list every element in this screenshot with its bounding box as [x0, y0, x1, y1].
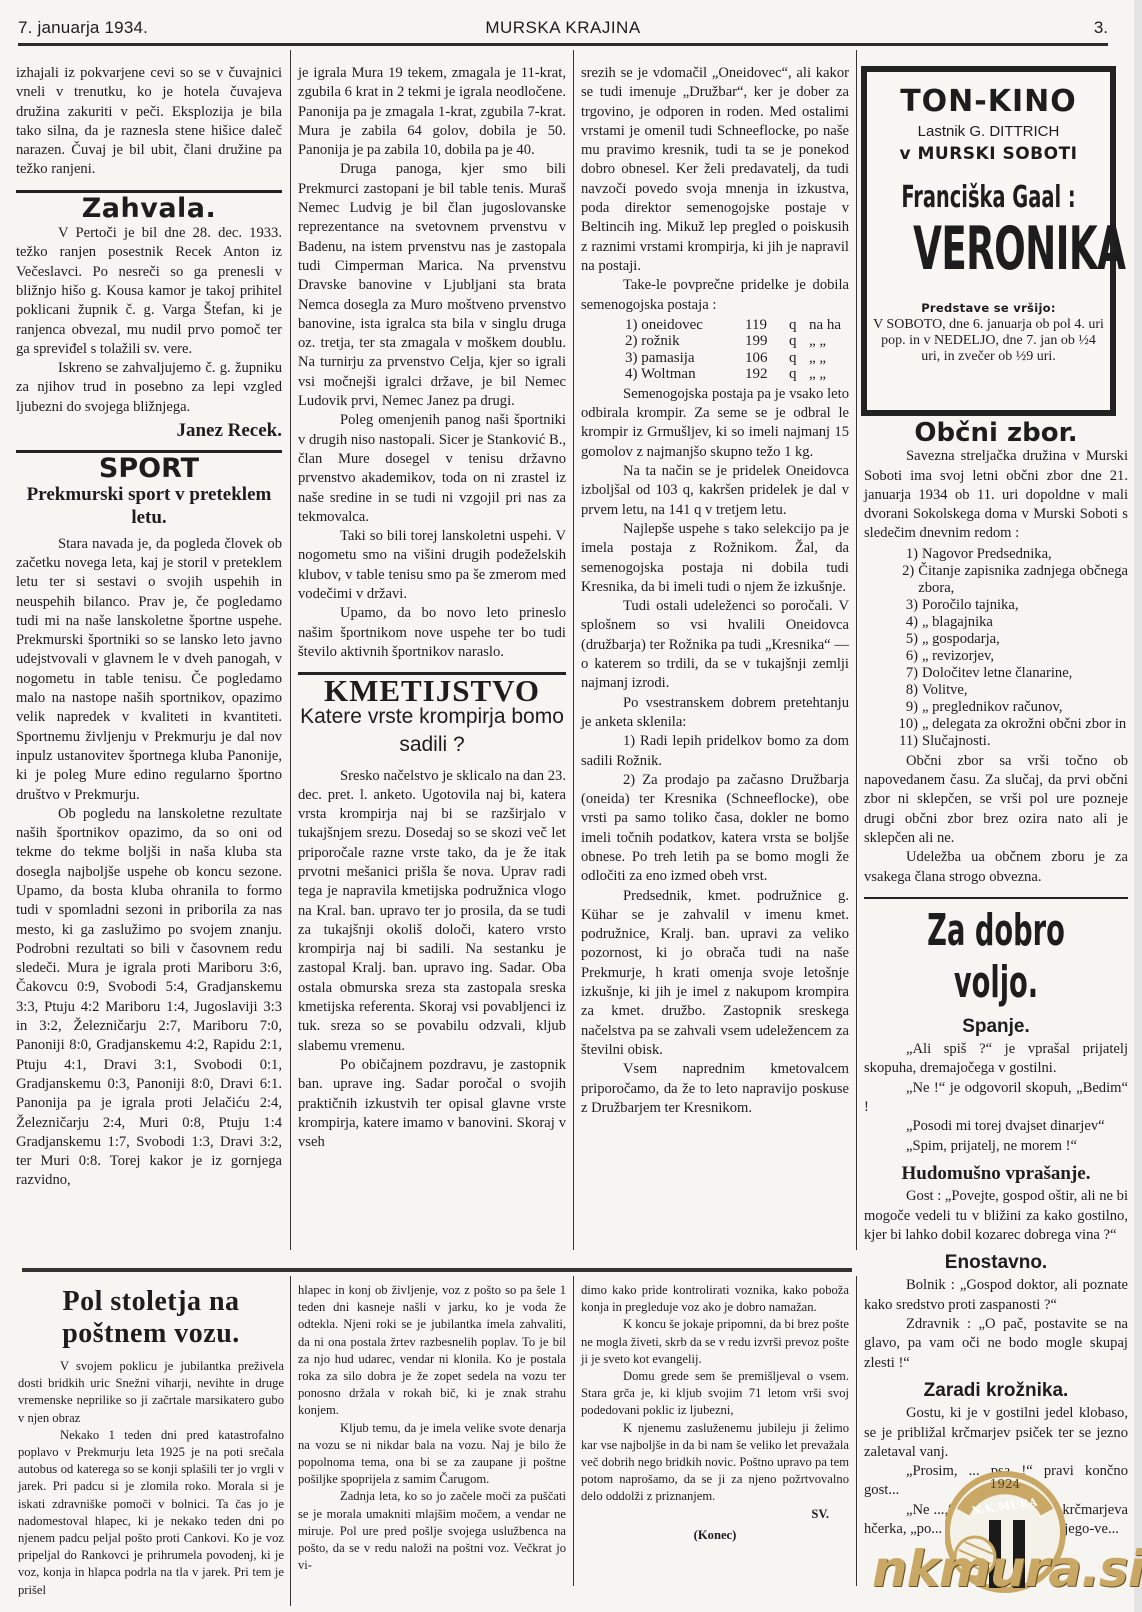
masthead: 7. januarja 1934. MURSKA KRAJINA 3. — [18, 14, 1108, 40]
ad-title: TON-KINO — [867, 84, 1110, 119]
sport-paragraph: Taki so bili torej lanskoletni uspehi. V… — [298, 527, 566, 604]
article-end-marker: (Konec) — [581, 1527, 849, 1544]
yield-row: 4) Woltman 192 q „ „ — [625, 366, 849, 383]
agenda-item: 2)Čitanje zapisnika zadnjega občnega zbo… — [894, 563, 1128, 597]
ad-location: v MURSKI SOBOTI — [867, 144, 1110, 164]
kmetijstvo-paragraph: Predsednik, kmet. podružnice g. Kühar se… — [581, 887, 849, 1061]
pol-stoletja-paragraph: hlapec in konj ob življenje, voz z pošto… — [298, 1282, 566, 1420]
agenda-item: 4)„ blagajnika — [894, 614, 1128, 631]
column-divider — [290, 1276, 291, 1606]
column-divider — [856, 1276, 857, 1586]
yield-row: 3) pamasija 106 q „ „ — [625, 350, 849, 367]
ad-star: Franciška Gaal : — [901, 180, 1076, 215]
kmetijstvo-section-heading: KMETIJSTVO — [298, 681, 566, 700]
joke-line: „Ali spiš ?“ je vprašal prijatelj skopuh… — [864, 1040, 1128, 1079]
zahvala-paragraph: Iskreno se zahvaljujemo č. g. župniku za… — [16, 359, 282, 417]
pol-stoletja-headline: Pol stoletja na poštnem vozu. — [18, 1286, 284, 1350]
column-divider — [573, 50, 574, 1250]
sport-section-heading: SPORT — [16, 459, 282, 478]
joke-line: Gostu, ki je v gostilni jedel klobaso, s… — [864, 1404, 1128, 1462]
newspaper-title: MURSKA KRAJINA — [18, 18, 1108, 38]
agenda-item: 6)„ revizorjev, — [894, 648, 1128, 665]
joke-title: Spanje. — [864, 1017, 1128, 1036]
cinema-advertisement: TON-KINO Lastnik G. DITTRICH v MURSKI SO… — [861, 66, 1116, 416]
yield-row: 1) oneidovec 119 q na ha — [625, 317, 849, 334]
kmetijstvo-paragraph: Na ta način se je pridelek Oneidovca izb… — [581, 462, 849, 520]
ad-shows-label: Predstave se vršijo: — [867, 301, 1110, 315]
sport-paragraph: Upamo, da bo novo leto prineslo našim šp… — [298, 604, 566, 662]
article-continuation: izhajali iz pokvarjene cevi so se v čuva… — [16, 64, 282, 180]
sport-paragraph: Stara navada je, da pogleda človek ob za… — [16, 535, 282, 805]
ad-shows-text: V SOBOTO, dne 6. januarja ob pol 4. uri … — [867, 317, 1110, 365]
column-divider — [856, 50, 857, 1250]
kmetijstvo-paragraph: Po vsestranskem dobrem pretehtanju je an… — [581, 694, 849, 733]
kmetijstvo-paragraph: Take-le povprečne pridelke je dobila sem… — [581, 276, 849, 315]
obcni-zbor-heading: Občni zbor. — [864, 424, 1128, 443]
joke-line: „Spim, prijatelj, ne morem !“ — [864, 1137, 1128, 1156]
kmetijstvo-paragraph: Vsem naprednim kmetovalcem priporočamo, … — [581, 1060, 849, 1118]
agenda-item: 10)„ delegata za okrožni občni zbor in — [894, 716, 1128, 733]
sport-paragraph: Ob pogledu na lanskoletne rezultate naši… — [16, 805, 282, 1191]
agenda-item: 11)Slučajnosti. — [894, 733, 1128, 750]
joke-title: Hudomušno vprašanje. — [864, 1164, 1128, 1183]
column-1: izhajali iz pokvarjene cevi so se v čuva… — [16, 64, 282, 1191]
pol-stoletja-paragraph: K koncu še jokaje pripomni, da bi brez p… — [581, 1316, 849, 1368]
obcni-zbor-intro: Savezna streljačka družina v Murski Sobo… — [864, 447, 1128, 543]
pol-stoletja-paragraph: V svojem poklicu je jubilantka preživela… — [18, 1358, 284, 1427]
agenda-item: 8)Volitve, — [894, 682, 1128, 699]
agenda-item: 3)Poročilo tajnika, — [894, 597, 1128, 614]
sport-paragraph: je igrala Mura 19 tekem, zmagala je 11-k… — [298, 64, 566, 160]
ad-owner: Lastnik G. DITTRICH — [867, 123, 1110, 140]
kmetijstvo-headline: Katere vrste krompirja bomo sadili ? — [298, 703, 566, 759]
pol-stoletja-paragraph: Domu grede sem še premišljeval o vsem. S… — [581, 1368, 849, 1420]
column-divider — [573, 1276, 574, 1586]
kmetijstvo-paragraph: 2) Za prodajo pa začasno Družbarja (onei… — [581, 771, 849, 887]
obcni-zbor-paragraph: Udeležba ua občnem zboru je za vsakega č… — [864, 848, 1128, 887]
joke-line: Gost : „Povejte, gospod oštir, ali ne bi… — [864, 1187, 1128, 1245]
article-signature: SV. — [581, 1506, 849, 1523]
masthead-rule — [18, 43, 1108, 46]
sport-headline: Prekmurski sport v preteklem letu. — [16, 483, 282, 529]
sport-paragraph: Druga panoga, kjer smo bili Prekmurci za… — [298, 160, 566, 411]
kmetijstvo-paragraph: Sresko načelstvo je sklicalo na dan 23. … — [298, 767, 566, 1056]
pol-stoletja-paragraph: Kljub temu, da je imela velike svote den… — [298, 1420, 566, 1489]
joke-line: Zdravnik : „O pač, postavite se na glavo… — [864, 1315, 1128, 1373]
bottom-column-1: Pol stoletja na poštnem vozu. V svojem p… — [18, 1278, 284, 1599]
agenda-list: 1)Nagovor Predsednika, 2)Čitanje zapisni… — [894, 546, 1128, 750]
agenda-item: 9)„ preglednikov računov, — [894, 699, 1128, 716]
pol-stoletja-paragraph: Zadnja leta, ko so jo začele moči za puš… — [298, 1488, 566, 1574]
sport-paragraph: Poleg omenjenih panog naši športniki v d… — [298, 411, 566, 527]
column-4: Občni zbor. Savezna streljačka družina v… — [864, 418, 1128, 1539]
obcni-zbor-paragraph: Občni zbor sa vrši točno ob napovedanem … — [864, 752, 1128, 848]
bottom-column-2: hlapec in konj ob življenje, voz z pošto… — [298, 1282, 566, 1574]
bottom-column-3: dimo kako pride kontrolirati voznika, ka… — [581, 1282, 849, 1544]
agenda-item: 1)Nagovor Predsednika, — [894, 546, 1128, 563]
zahvala-paragraph: V Pertoči je bil dne 28. dec. 1933. težk… — [16, 224, 282, 359]
kmetijstvo-paragraph: Tudi ostali udeleženci so poročali. V sp… — [581, 597, 849, 693]
kmetijstvo-paragraph: Po običajnem pozdravu, je zastopnik ban.… — [298, 1056, 566, 1152]
ad-film-title: VERONIKA — [913, 217, 1064, 281]
newspaper-page: 7. januarja 1934. MURSKA KRAJINA 3. izha… — [0, 0, 1142, 1612]
column-divider — [290, 50, 291, 1250]
joke-line: „Ne !“ je odgovoril skopuh, „Bedim“ ! — [864, 1079, 1128, 1118]
yield-table: 1) oneidovec 119 q na ha 2) rožnik 199 q… — [625, 317, 849, 383]
kmetijstvo-paragraph: Semenogojska postaja pa je vsako leto od… — [581, 385, 849, 462]
joke-title: Enostavno. — [864, 1253, 1128, 1272]
kmetijstvo-paragraph: srezih se je vdomačil „Oneidovec“, ali k… — [581, 64, 849, 276]
joke-line: Bolnik : „Gospod doktor, ali poznate kak… — [864, 1276, 1128, 1315]
zahvala-heading: Zahvala. — [16, 199, 282, 218]
page-edge — [1134, 0, 1142, 1612]
agenda-item: 5)„ gospodarja, — [894, 631, 1128, 648]
joke-title: Zaradi krožnika. — [864, 1381, 1128, 1400]
pol-stoletja-paragraph: dimo kako pride kontrolirati voznika, ka… — [581, 1282, 849, 1316]
column-2: je igrala Mura 19 tekem, zmagala je 11-k… — [298, 64, 566, 1152]
column-3: srezih se je vdomačil „Oneidovec“, ali k… — [581, 64, 849, 1118]
pol-stoletja-paragraph: K njenemu zasluženemu jubileju ji želimo… — [581, 1420, 849, 1506]
section-rule — [864, 897, 1128, 899]
kmetijstvo-paragraph: 1) Radi lepih pridelkov bomo za dom sadi… — [581, 732, 849, 771]
watermark-site-text: nkmura.si — [872, 1540, 1142, 1598]
page-number: 3. — [1094, 18, 1108, 38]
yield-row: 2) rožnik 199 q „ „ — [625, 333, 849, 350]
kmetijstvo-paragraph: Najlepše uspehe s tako selekcijo pa je i… — [581, 520, 849, 597]
dobro-voljo-heading: Za dobro voljo. — [914, 905, 1078, 1009]
svg-text:1924: 1924 — [990, 1477, 1021, 1491]
zahvala-signature: Janez Recek. — [16, 421, 282, 440]
agenda-item: 7)Določitev letne članarine, — [894, 665, 1128, 682]
bottom-section-rule — [22, 1268, 852, 1272]
joke-line: „Posodi mi torej dvajset dinarjev“ — [864, 1117, 1128, 1136]
pol-stoletja-paragraph: Nekako 1 teden dni pred katastrofalno po… — [18, 1427, 284, 1599]
